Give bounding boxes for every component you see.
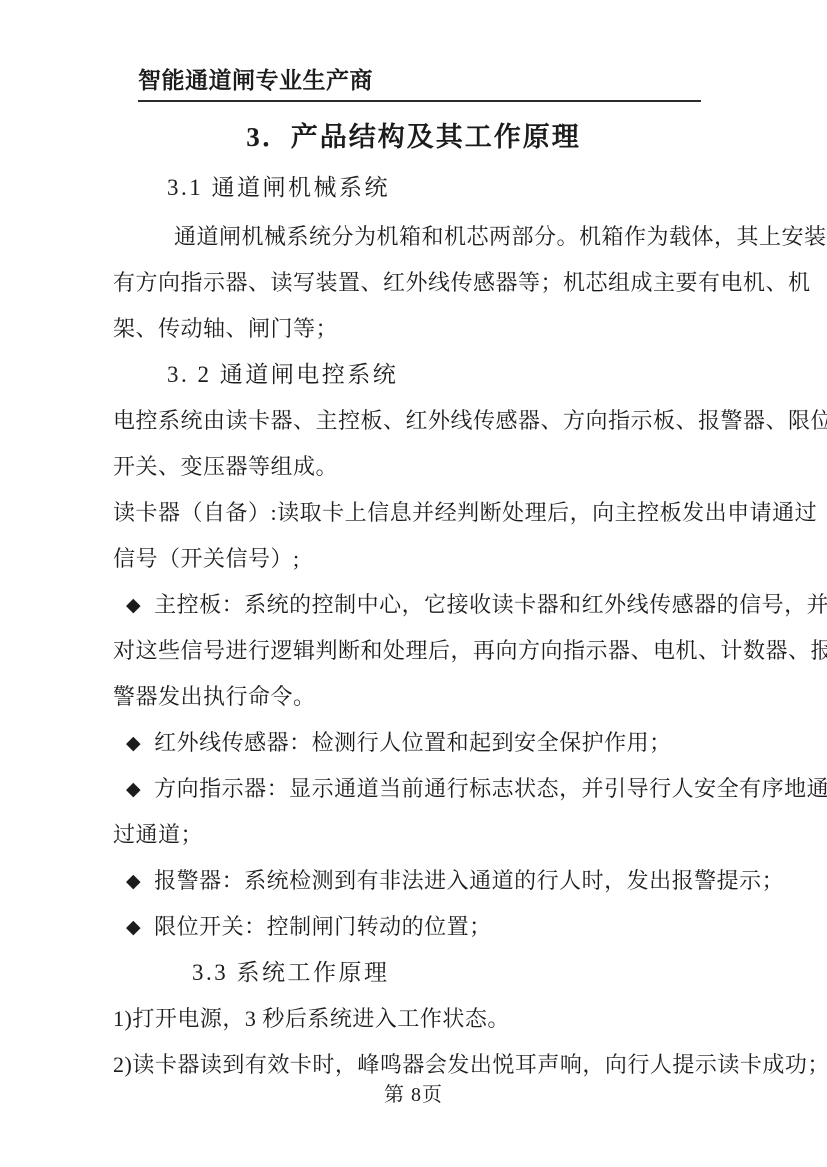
diamond-bullet-icon: ◆ [126, 859, 141, 905]
bullet-item: ◆主控板：系统的控制中心，它接收读卡器和红外线传感器的信号，并 [113, 582, 709, 628]
paragraph-line: 通道闸机械系统分为机箱和机芯两部分。机箱作为载体，其上安装 [113, 214, 709, 260]
diamond-bullet-icon: ◆ [126, 767, 141, 813]
bullet-text: 报警器：系统检测到有非法进入通道的行人时，发出报警提示； [154, 868, 784, 893]
document-footer: 第 8页 [0, 1081, 827, 1109]
paragraph-line: 架、传动轴、闸门等； [113, 306, 709, 352]
document-page: 智能通道闸专业生产商 3．产品结构及其工作原理 3.1 通道闸机械系统 通道闸机… [0, 0, 827, 1167]
diamond-bullet-icon: ◆ [126, 721, 141, 767]
diamond-bullet-icon: ◆ [126, 583, 141, 629]
bullet-item: ◆限位开关：控制闸门转动的位置； [113, 904, 709, 950]
paragraph-line: 过通道； [113, 812, 709, 858]
document-body: 3.1 通道闸机械系统 通道闸机械系统分为机箱和机芯两部分。机箱作为载体，其上安… [113, 162, 709, 1088]
document-header: 智能通道闸专业生产商 [138, 62, 701, 102]
section-3-3-heading: 3.3 系统工作原理 [113, 950, 709, 996]
paragraph-line: 对这些信号进行逻辑判断和处理后，再向方向指示器、电机、计数器、报 [113, 628, 709, 674]
paragraph-line: 有方向指示器、读写装置、红外线传感器等；机芯组成主要有电机、机 [113, 260, 709, 306]
step-line: 1)打开电源，3 秒后系统进入工作状态。 [113, 996, 709, 1042]
paragraph-line: 信号（开关信号）; [113, 536, 709, 582]
bullet-item: ◆红外线传感器：检测行人位置和起到安全保护作用； [113, 720, 709, 766]
diamond-bullet-icon: ◆ [126, 905, 141, 951]
bullet-text: 限位开关：控制闸门转动的位置； [154, 914, 492, 939]
bullet-text: 主控板：系统的控制中心，它接收读卡器和红外线传感器的信号，并 [154, 592, 827, 617]
paragraph-line: 读卡器（自备）:读取卡上信息并经判断处理后，向主控板发出申请通过 [113, 490, 709, 536]
section-3-1-heading: 3.1 通道闸机械系统 [113, 162, 709, 214]
bullet-item: ◆方向指示器：显示通道当前通行标志状态，并引导行人安全有序地通 [113, 766, 709, 812]
paragraph-line: 开关、变压器等组成。 [113, 444, 709, 490]
page-number: 第 8页 [384, 1084, 443, 1106]
paragraph-line: 电控系统由读卡器、主控板、红外线传感器、方向指示板、报警器、限位 [113, 398, 709, 444]
page-title: 3．产品结构及其工作原理 [0, 112, 827, 162]
section-3-2-heading: 3. 2 通道闸电控系统 [113, 352, 709, 398]
bullet-text: 方向指示器：显示通道当前通行标志状态，并引导行人安全有序地通 [154, 776, 827, 801]
bullet-text: 红外线传感器：检测行人位置和起到安全保护作用； [154, 730, 672, 755]
company-name: 智能通道闸专业生产商 [138, 67, 373, 93]
paragraph-line: 警器发出执行命令。 [113, 674, 709, 720]
bullet-item: ◆报警器：系统检测到有非法进入通道的行人时，发出报警提示； [113, 858, 709, 904]
